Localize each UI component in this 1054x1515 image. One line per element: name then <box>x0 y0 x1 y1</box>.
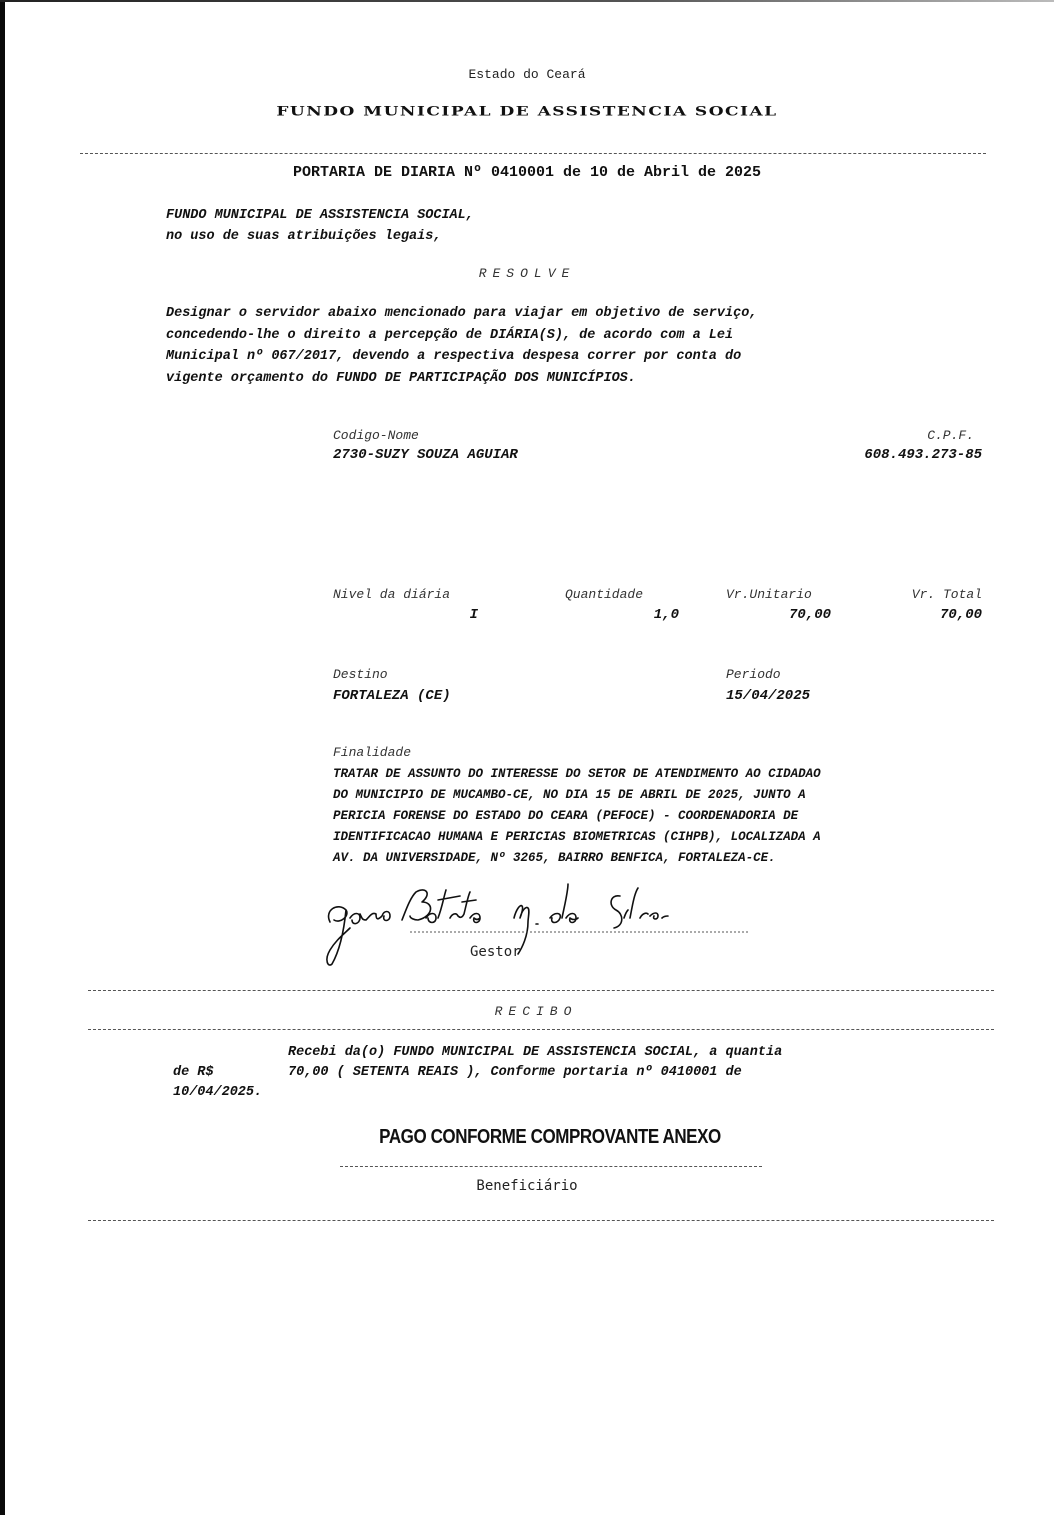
recibo-heading: RECIBO <box>0 1004 1054 1019</box>
body-line: Designar o servidor abaixo mencionado pa… <box>166 303 757 325</box>
finalidade-line: PERICIA FORENSE DO ESTADO DO CEARA (PEFO… <box>333 806 821 827</box>
state-name: Estado do Ceará <box>0 67 1054 82</box>
recibo-line-1: Recebi da(o) FUNDO MUNICIPAL DE ASSISTEN… <box>288 1045 782 1060</box>
scan-edge-top <box>0 0 1054 2</box>
resolution-body: Designar o servidor abaixo mencionado pa… <box>166 303 757 389</box>
vr-total-label: Vr. Total <box>912 587 982 602</box>
finalidade-label: Finalidade <box>333 745 411 760</box>
body-line: Municipal nº 067/2017, devendo a respect… <box>166 346 757 368</box>
intro-line-1: FUNDO MUNICIPAL DE ASSISTENCIA SOCIAL, <box>166 205 474 226</box>
quantidade-label: Quantidade <box>565 587 643 602</box>
nivel-label: Nivel da diária <box>333 587 450 602</box>
intro-block: FUNDO MUNICIPAL DE ASSISTENCIA SOCIAL, n… <box>166 205 474 247</box>
vr-unitario-label: Vr.Unitario <box>726 587 812 602</box>
signature-role: Gestor <box>470 944 521 960</box>
recibo-line-2: 70,00 ( SETENTA REAIS ), Conforme portar… <box>288 1065 742 1080</box>
finalidade-text: TRATAR DE ASSUNTO DO INTERESSE DO SETOR … <box>333 764 821 869</box>
codigo-nome-value: 2730-SUZY SOUZA AGUIAR <box>333 447 518 463</box>
body-line: vigente orçamento do FUNDO DE PARTICIPAÇ… <box>166 368 757 390</box>
codigo-nome-label: Codigo-Nome <box>333 428 419 443</box>
beneficiario-signature-line <box>340 1166 762 1167</box>
beneficiario-label: Beneficiário <box>0 1178 1054 1194</box>
resolve-heading: RESOLVE <box>0 266 1054 281</box>
vr-unitario-value: 70,00 <box>726 607 831 623</box>
destino-label: Destino <box>333 667 388 682</box>
portaria-title: PORTARIA DE DIARIA Nº 0410001 de 10 de A… <box>0 164 1054 181</box>
quantidade-value: 1,0 <box>565 607 679 623</box>
cpf-label: C.P.F. <box>927 428 974 443</box>
recibo-prefix: de R$ <box>173 1065 214 1080</box>
body-line: concedendo-lhe o direito a percepção de … <box>166 325 757 347</box>
cpf-value: 608.493.273-85 <box>864 447 982 463</box>
recibo-divider-top <box>88 990 994 991</box>
finalidade-line: IDENTIFICACAO HUMANA E PERICIAS BIOMETRI… <box>333 827 821 848</box>
finalidade-line: TRATAR DE ASSUNTO DO INTERESSE DO SETOR … <box>333 764 821 785</box>
finalidade-line: DO MUNICIPIO DE MUCAMBO-CE, NO DIA 15 DE… <box>333 785 821 806</box>
periodo-label: Periodo <box>726 667 781 682</box>
intro-line-2: no uso de suas atribuições legais, <box>166 226 474 247</box>
footer-divider <box>88 1220 994 1221</box>
handwritten-signature <box>310 880 750 970</box>
destino-value: FORTALEZA (CE) <box>333 688 451 704</box>
finalidade-line: AV. DA UNIVERSIDADE, Nº 3265, BAIRRO BEN… <box>333 848 821 869</box>
scan-edge-left <box>0 0 5 1515</box>
organization-title: FUNDO MUNICIPAL DE ASSISTENCIA SOCIAL <box>0 104 1054 120</box>
recibo-line-3: 10/04/2025. <box>173 1085 262 1100</box>
nivel-value: I <box>333 607 478 623</box>
recibo-divider-bottom <box>88 1029 994 1030</box>
periodo-value: 15/04/2025 <box>726 688 810 704</box>
payment-stamp: PAGO CONFORME COMPROVANTE ANEXO <box>83 1126 1018 1149</box>
vr-total-value: 70,00 <box>940 607 982 623</box>
header-divider <box>80 153 986 154</box>
